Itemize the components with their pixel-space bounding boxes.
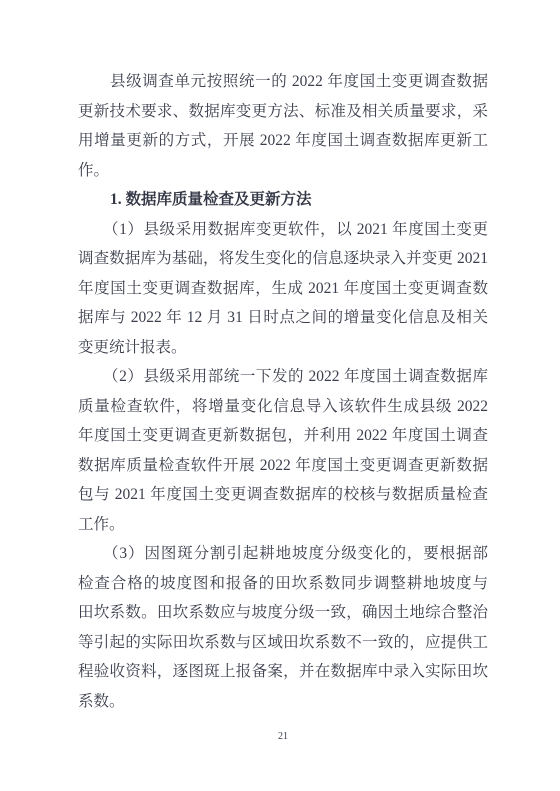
text-line: 调查数据库为基础，将发生变化的信息逐块录入并变更 2021 — [78, 244, 488, 274]
text-line: 工作。 — [78, 510, 488, 540]
item-2-paragraph: （2）县级采用部统一下发的 2022 年度国土调查数据库质量检查软件，将增量变化… — [78, 362, 488, 539]
text-line: 1. 数据库质量检查及更新方法 — [78, 185, 488, 215]
text-line: 年度国土变更调查数据库，生成 2021 年度国土变更调查数 — [78, 274, 488, 304]
text-line: （3）因图斑分割引起耕地坡度分级变化的，要根据部 — [78, 539, 488, 569]
text-line: （2）县级采用部统一下发的 2022 年度国土调查数据库 — [78, 362, 488, 392]
page-number: 21 — [78, 728, 488, 746]
section-heading: 1. 数据库质量检查及更新方法 — [78, 185, 488, 215]
text-line: 年度国土变更调查更新数据包，并利用 2022 年度国土调查 — [78, 421, 488, 451]
text-line: 质量检查软件，将增量变化信息导入该软件生成县级 2022 — [78, 392, 488, 422]
document-body: 县级调查单元按照统一的 2022 年度国土变更调查数据更新技术要求、数据库变更方… — [78, 67, 488, 716]
text-line: 数据库质量检查软件开展 2022 年度国土变更调查更新数据 — [78, 451, 488, 481]
intro-paragraph: 县级调查单元按照统一的 2022 年度国土变更调查数据更新技术要求、数据库变更方… — [78, 67, 488, 185]
text-line: 用增量更新的方式，开展 2022 年度国土调查数据库更新工 — [78, 126, 488, 156]
item-3-paragraph: （3）因图斑分割引起耕地坡度分级变化的，要根据部检查合格的坡度图和报备的田坎系数… — [78, 539, 488, 716]
text-line: 程验收资料，逐图斑上报备案，并在数据库中录入实际田坎 — [78, 657, 488, 687]
text-line: 变更统计报表。 — [78, 333, 488, 363]
text-line: 等引起的实际田坎系数与区域田坎系数不一致的，应提供工 — [78, 628, 488, 658]
text-line: 田坎系数。田坎系数应与坡度分级一致，确因土地综合整治 — [78, 598, 488, 628]
text-line: 作。 — [78, 156, 488, 186]
text-line: 据库与 2022 年 12 月 31 日时点之间的增量变化信息及相关 — [78, 303, 488, 333]
text-line: 包与 2021 年度国土变更调查数据库的校核与数据质量检查 — [78, 480, 488, 510]
text-line: 系数。 — [78, 687, 488, 717]
text-line: 更新技术要求、数据库变更方法、标准及相关质量要求，采 — [78, 97, 488, 127]
document-page: 县级调查单元按照统一的 2022 年度国土变更调查数据更新技术要求、数据库变更方… — [0, 0, 560, 791]
text-line: 县级调查单元按照统一的 2022 年度国土变更调查数据 — [78, 67, 488, 97]
item-1-paragraph: （1）县级采用数据库变更软件，以 2021 年度国土变更调查数据库为基础，将发生… — [78, 215, 488, 363]
text-line: （1）县级采用数据库变更软件，以 2021 年度国土变更 — [78, 215, 488, 245]
text-line: 检查合格的坡度图和报备的田坎系数同步调整耕地坡度与 — [78, 569, 488, 599]
